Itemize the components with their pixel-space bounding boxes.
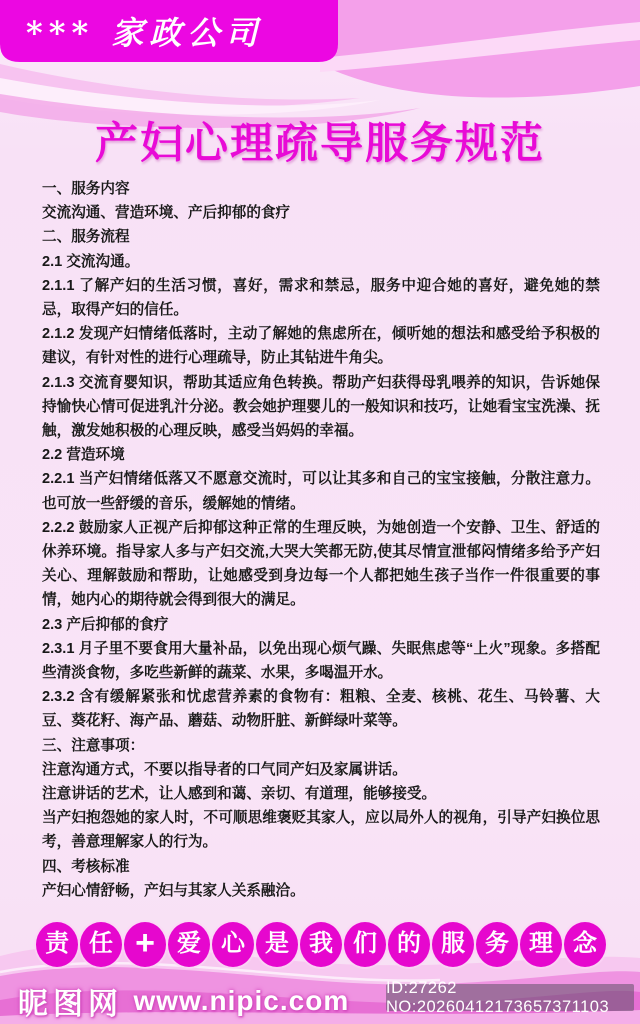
paragraph: 2.2.2 鼓励家人正视产后抑郁这种正常的生理反映，为她创造一个安静、卫生、舒适… — [42, 516, 600, 613]
slogan-circle: 服 — [432, 922, 474, 967]
paragraph: 二、服务流程 — [42, 225, 600, 249]
paragraph: 2.1 交流沟通。 — [42, 250, 600, 274]
slogan-row: 责任+爱心是我们的服务理念 — [36, 921, 606, 967]
paragraph: 2.1.2 发现产妇情绪低落时，主动了解她的焦虑所在，倾听她的想法和感受给予积极… — [42, 322, 600, 370]
image-id-bar: ID:27262 NO:20260412173657371103 — [386, 984, 634, 1011]
paragraph: 交流沟通、营造环境、产后抑郁的食疗 — [42, 201, 600, 225]
paragraph: 2.1.1 了解产妇的生活习惯，喜好，需求和禁忌，服务中迎合她的喜好，避免她的禁… — [42, 274, 600, 322]
slogan-circle: 的 — [388, 922, 430, 967]
slogan-circle: 我 — [300, 922, 342, 967]
slogan-circle: 责 — [36, 922, 78, 967]
slogan-circle: 爱 — [168, 922, 210, 967]
slogan-circle: 心 — [212, 922, 254, 967]
paragraph: 2.2 营造环境 — [42, 443, 600, 467]
slogan-circle: 们 — [344, 922, 386, 967]
slogan-circle: 务 — [476, 922, 518, 967]
paragraph: 2.1.3 交流育婴知识，帮助其适应角色转换。帮助产妇获得母乳喂养的知识，告诉她… — [42, 371, 600, 444]
image-id-text: ID:27262 NO:20260412173657371103 — [386, 979, 634, 1017]
company-name: *** 家政公司 — [26, 7, 331, 59]
slogan-circle: 念 — [564, 922, 606, 967]
paragraph: 三、注意事项： — [42, 734, 600, 758]
paragraph: 注意讲话的艺术，让人感到和蔼、亲切、有道理，能够接受。 — [42, 782, 600, 806]
paragraph: 2.3.2 含有缓解紧张和忧虑营养素的食物有：粗粮、全麦、核桃、花生、马铃薯、大… — [42, 685, 600, 733]
plus-icon-circle: + — [124, 922, 166, 967]
paragraph: 当产妇抱怨她的家人时，不可顺思维褒贬其家人，应以局外人的视角，引导产妇换位思考，… — [42, 806, 600, 854]
paragraph: 2.3 产后抑郁的食疗 — [42, 613, 600, 637]
paragraph: 注意沟通方式，不要以指导者的口气同产妇及家属讲话。 — [42, 758, 600, 782]
paragraph: 产妇心情舒畅，产妇与其家人关系融洽。 — [42, 879, 600, 903]
slogan-circle: 理 — [520, 922, 562, 967]
body-text: 一、服务内容交流沟通、营造环境、产后抑郁的食疗二、服务流程2.1 交流沟通。2.… — [42, 177, 600, 903]
paragraph: 四、考核标准 — [42, 855, 600, 879]
page-title: 产妇心理疏导服务规范 — [0, 110, 640, 171]
slogan-circle: 是 — [256, 922, 298, 967]
watermark: 昵图网 www.nipic.com — [18, 979, 349, 1023]
watermark-site-url: www.nipic.com — [133, 985, 349, 1016]
paragraph: 2.2.1 当产妇情绪低落又不愿意交流时，可以让其多和自己的宝宝接触，分散注意力… — [42, 467, 600, 515]
slogan-circle: 任 — [80, 922, 122, 967]
paragraph: 一、服务内容 — [42, 177, 600, 201]
watermark-site-name: 昵图网 — [18, 988, 123, 1021]
paragraph: 2.3.1 月子里不要食用大量补品，以免出现心烦气躁、失眠焦虑等“上火”现象。多… — [42, 637, 600, 685]
